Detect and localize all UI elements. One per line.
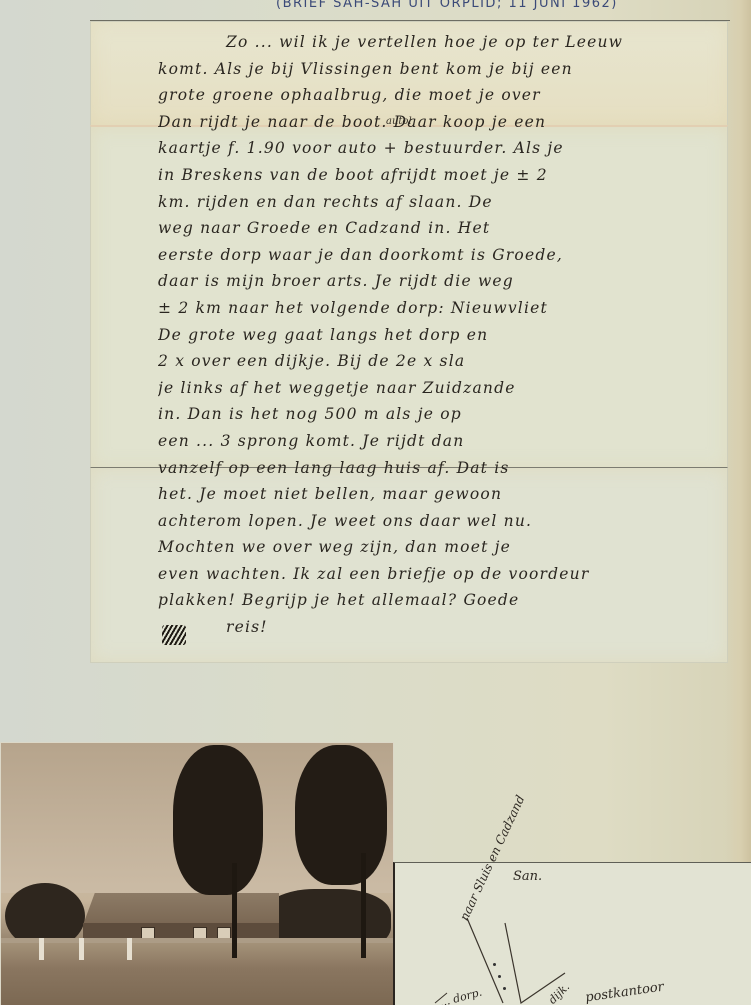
photo-tree-trunk xyxy=(361,853,366,958)
letter-line: 2 x over een dijkje. Bij de 2e x sla xyxy=(158,348,718,375)
photo-house-roof xyxy=(83,893,279,925)
photo-tree-crown xyxy=(173,745,263,895)
letter-line: in Breskens van de boot afrijdt moet je … xyxy=(158,162,718,189)
map-road-lines xyxy=(395,863,751,1005)
letter-line: een ... 3 sprong komt. Je rijdt dan xyxy=(158,428,718,455)
map-road-dot xyxy=(498,975,501,978)
photo-field xyxy=(1,943,393,1005)
letter-line: komt. Als je bij Vlissingen bent kom je … xyxy=(158,56,718,83)
letter-line: het. Je moet niet bellen, maar gewoon xyxy=(158,481,718,508)
letter-line: Dan rijdt je naar de boot. Daar koop je … xyxy=(158,109,718,136)
photo-fence-post xyxy=(39,938,44,960)
photo-fence-post xyxy=(79,938,84,960)
photo-tree-trunk xyxy=(232,863,237,958)
letter-line: De grote weg gaat langs het dorp en xyxy=(158,322,718,349)
photo-tree-crown xyxy=(295,745,387,885)
letter-line: in. Dan is het nog 500 m als je op xyxy=(158,401,718,428)
letter-text: Zo ... wil ik je vertellen hoe je op ter… xyxy=(158,29,718,641)
letter-line: daar is mijn broer arts. Je rijdt die we… xyxy=(158,268,718,295)
letter-line: vanzelf op een lang laag huis af. Dat is xyxy=(158,455,718,482)
letter-line: weg naar Groede en Cadzand in. Het xyxy=(158,215,718,242)
page-caption: (BRIEF SAH-SAH UIT ORPLID; 11 JUNI 1962) xyxy=(276,0,696,11)
letter-line: Mochten we over weg zijn, dan moet je xyxy=(158,534,718,561)
map-road-dot xyxy=(493,963,496,966)
ink-scribble xyxy=(162,625,186,645)
letter-line: even wachten. Ik zal een briefje op de v… xyxy=(158,561,718,588)
letter-line: Zo ... wil ik je vertellen hoe je op ter… xyxy=(158,29,718,56)
hand-drawn-map: San. naar Sluis en Cadzand dijk. postkan… xyxy=(393,862,751,1005)
letter-line: achterom lopen. Je weet ons daar wel nu. xyxy=(158,508,718,535)
letter-line: grote groene ophaalbrug, die moet je ove… xyxy=(158,82,718,109)
letter-line: km. rijden en dan rechts af slaan. De xyxy=(158,189,718,216)
letter-line: je links af het weggetje naar Zuidzande xyxy=(158,375,718,402)
map-road-dot xyxy=(503,987,506,990)
map-label-san: San. xyxy=(513,869,542,884)
handwritten-letter: autol Zo ... wil ik je vertellen hoe je … xyxy=(90,20,730,661)
photo-fence-post xyxy=(127,938,132,960)
letter-line: kaartje f. 1.90 voor auto + bestuurder. … xyxy=(158,135,718,162)
letter-line: reis! xyxy=(158,614,718,641)
letter-line: eerste dorp waar je dan doorkomt is Groe… xyxy=(158,242,718,269)
house-photograph xyxy=(0,742,394,1005)
letter-line: ± 2 km naar het volgende dorp: Nieuwvlie… xyxy=(158,295,718,322)
letter-line: plakken! Begrijp je het allemaal? Goede xyxy=(158,587,718,614)
